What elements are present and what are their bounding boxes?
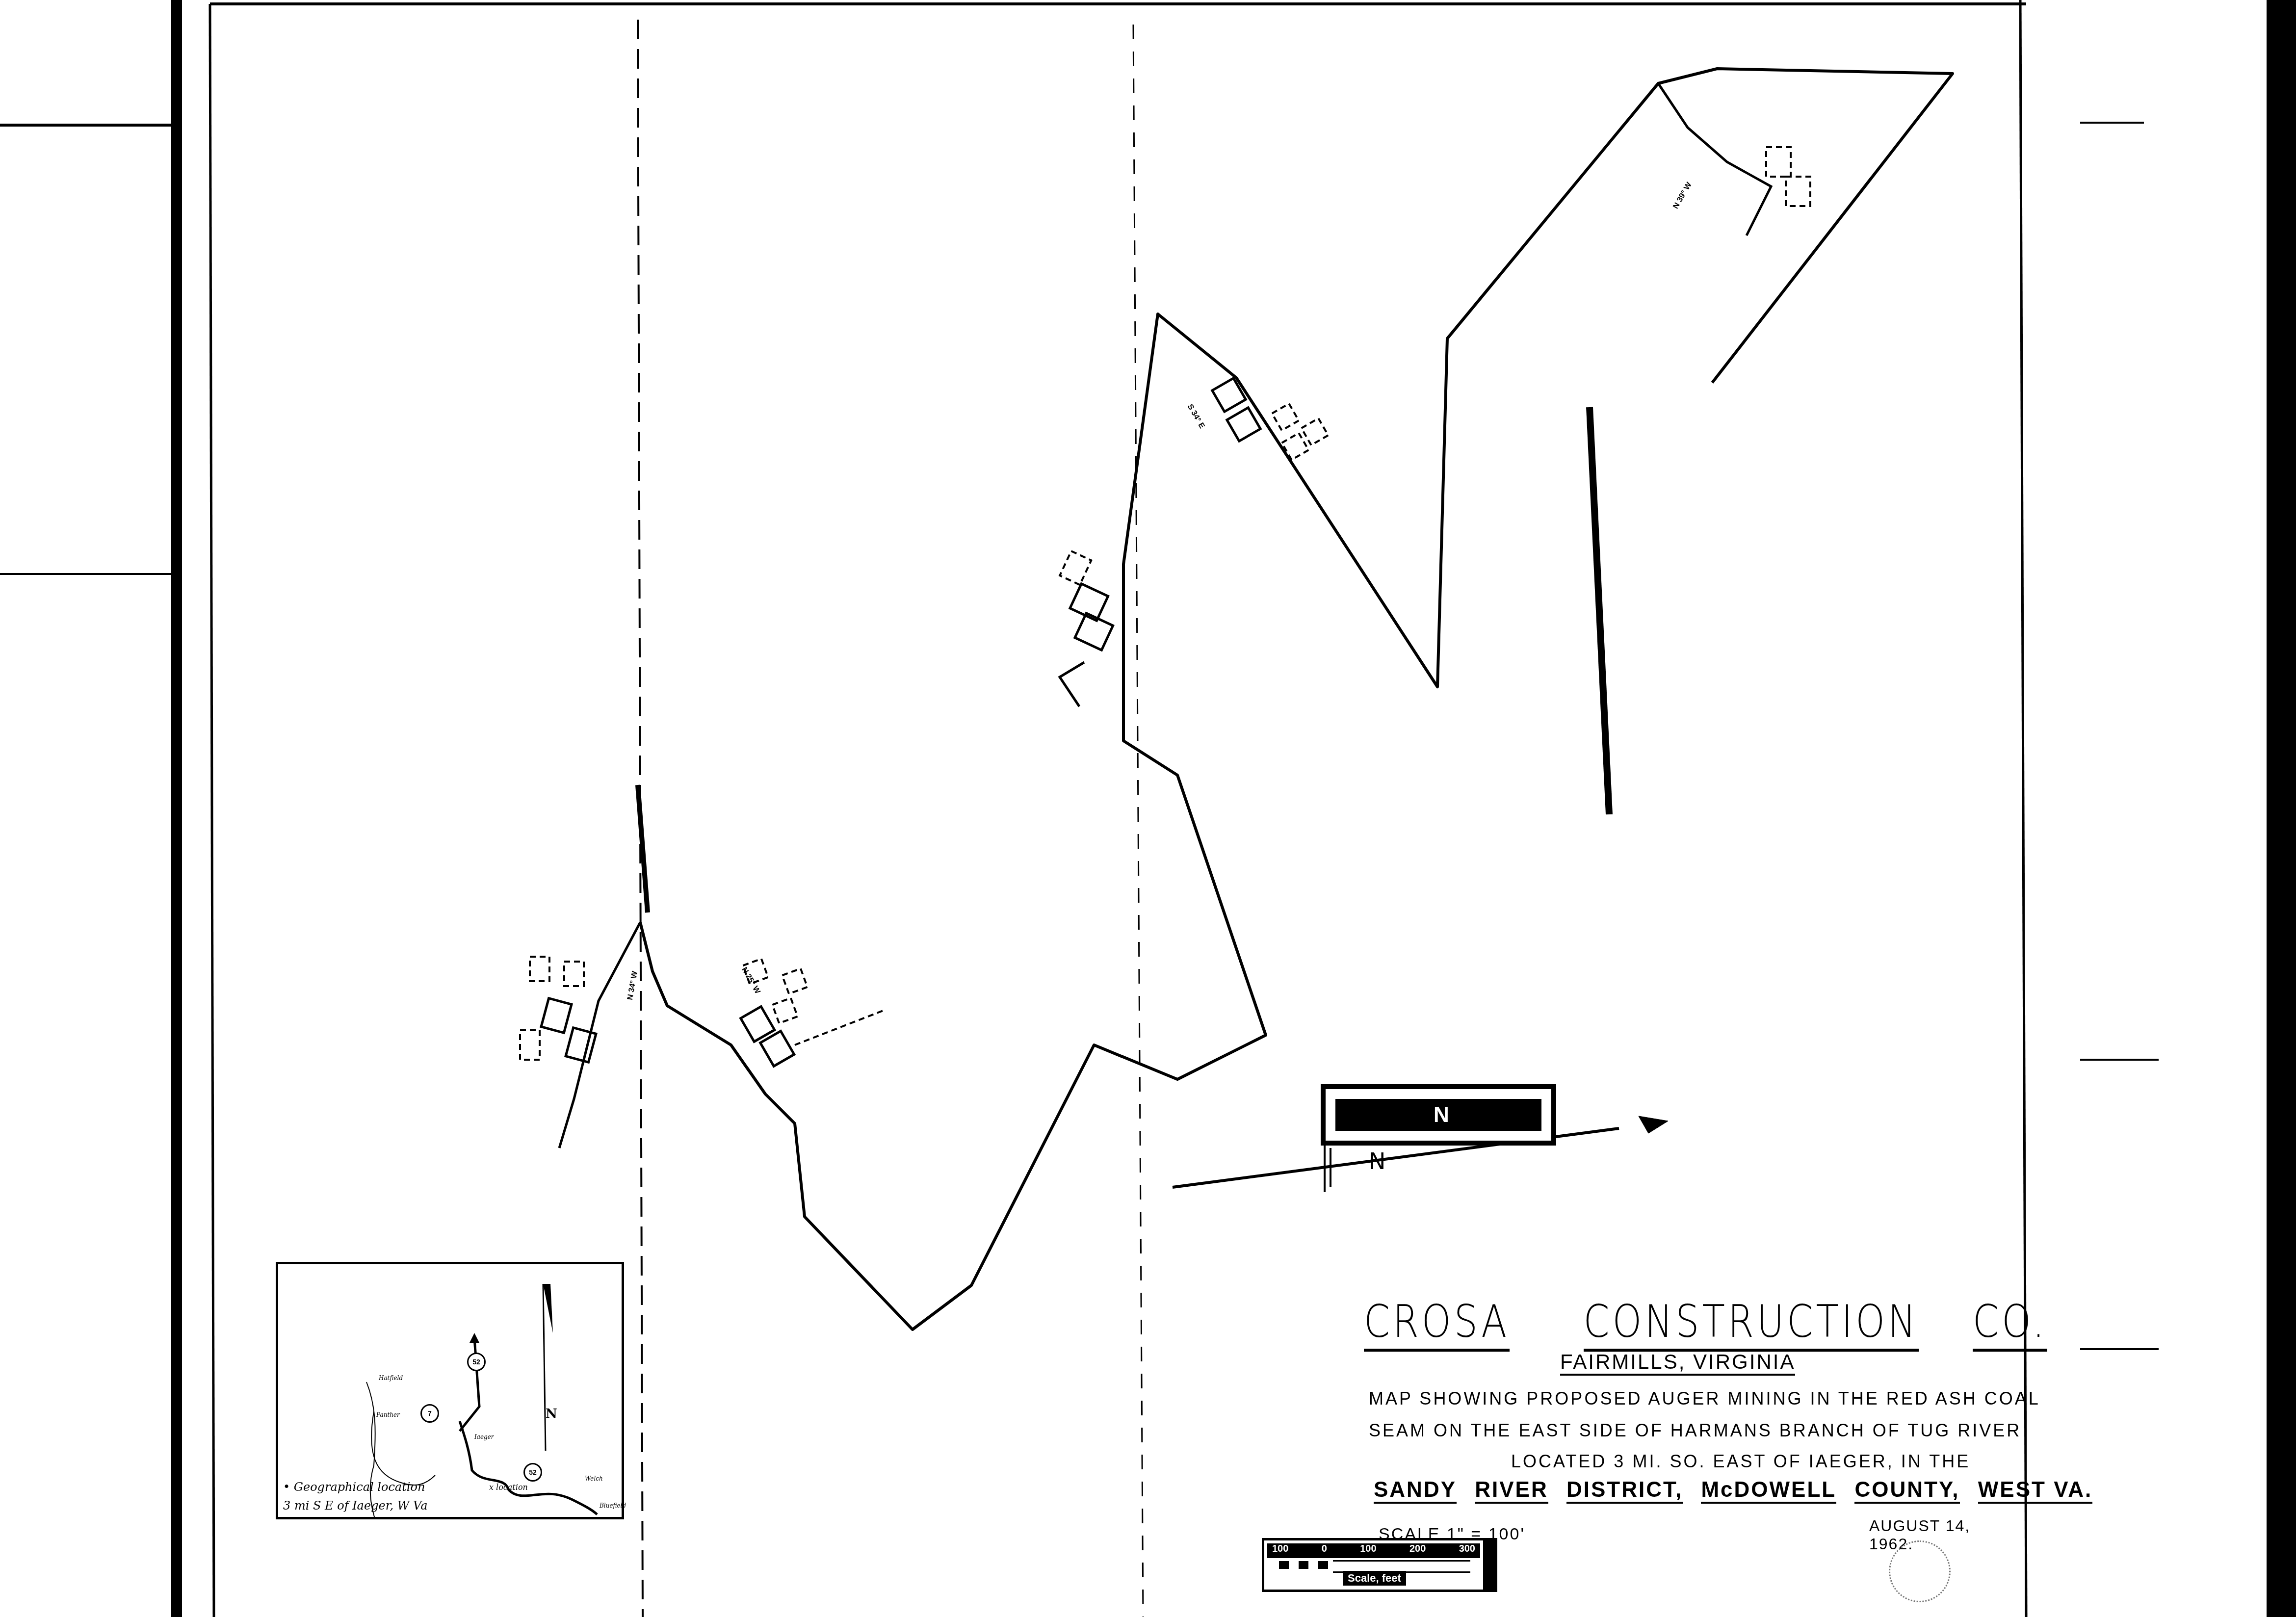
property-boundary: [638, 69, 1953, 1330]
scan-edge: [2267, 0, 2296, 1617]
scale-bar-checker: [1279, 1561, 1328, 1569]
town-label: Iaeger: [474, 1434, 494, 1440]
access-roads: [559, 83, 1771, 1148]
town-label: Panther: [376, 1411, 400, 1418]
proposed-benches: [520, 147, 1810, 1060]
town-label: Hatfield: [379, 1375, 403, 1382]
description-line: LOCATED 3 MI. SO. EAST OF IAEGER, IN THE: [1511, 1451, 1970, 1472]
company-location: FAIRMILLS, VIRGINIA: [1560, 1350, 1795, 1376]
description-line: SEAM ON THE EAST SIDE OF HARMANS BRANCH …: [1369, 1420, 2021, 1441]
inset-north-label: N: [546, 1407, 557, 1421]
inset-note: • Geographical location: [283, 1480, 425, 1494]
route-marker: 52: [523, 1463, 542, 1482]
title-block: CROSA CONSTRUCTION CO. FAIRMILLS, VIRGIN…: [1364, 1295, 2002, 1339]
town-label: Welch: [585, 1475, 603, 1482]
description-line: MAP SHOWING PROPOSED AUGER MINING IN THE…: [1369, 1388, 2040, 1409]
district-line: SANDY RIVER DISTRICT, McDOWELL COUNTY, W…: [1374, 1478, 2103, 1502]
route-marker: 52: [467, 1353, 486, 1371]
north-arrow-label: N: [1434, 1103, 1449, 1127]
engineer-seal: [1889, 1540, 1951, 1602]
inset-location-map: 52 52 7 Hatfield Panther Iaeger Welch Bl…: [276, 1262, 624, 1519]
company-name: CROSA CONSTRUCTION CO.: [1364, 1295, 2002, 1348]
town-label: Bluefield: [600, 1502, 626, 1509]
north-arrow-stamp: N: [1321, 1084, 1556, 1146]
inset-note: 3 mi S E of Iaeger, W Va: [283, 1499, 428, 1513]
scale-bar-ticks: 100 0 100 200 300: [1267, 1543, 1480, 1558]
north-arrow-fill: N: [1335, 1099, 1541, 1131]
scale-bar-caption: Scale, feet: [1343, 1571, 1406, 1586]
north-indicator-label: N: [1369, 1148, 1385, 1174]
inset-roads: [278, 1264, 622, 1517]
scale-bar-edge: [1483, 1540, 1495, 1590]
route-marker: 7: [420, 1404, 439, 1423]
scale-bar: 100 0 100 200 300 Scale, feet: [1262, 1538, 1497, 1592]
location-marker-label: x location: [489, 1483, 528, 1492]
